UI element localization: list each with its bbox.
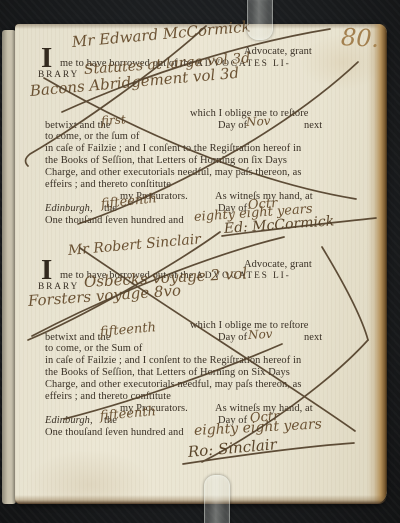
signed-day-handwritten: fifteenth [99,404,156,424]
printed-year-line: One thouſand ſeven hundred and [45,427,184,438]
register-page: 80. I Advocate, grant me to have borrowe… [15,24,387,504]
borrower-name-handwritten: Mr Robert Sinclair [67,231,201,259]
printed-body-line: the Books of Seſſion, that Letters of Ho… [45,155,287,166]
dropcap-initial: I [41,45,52,71]
year-words-handwritten: eighty eight years [194,416,323,439]
printed-grant-suffix: Advocate, grant [244,46,312,57]
return-month-handwritten: Nov [248,327,273,342]
printed-grant-suffix: Advocate, grant [244,259,312,270]
signature-handwritten: Ro: Sinclair [187,435,277,461]
printed-body-line: in caſe of Failzie ; and I conſent to th… [45,355,301,366]
printed-body-line: effeirs ; and thereto conſtitute [45,391,171,402]
printed-sum-line: to come, or the Sum of [45,343,142,354]
photographed-library-register-page: { "page_number": "80.", "colors": { "pap… [0,0,400,523]
printed-body-line: Charge, and other executorials needful, … [45,167,302,178]
dropcap-initial: I [41,257,52,283]
borrower-name-handwritten: Mr Edward McCormick [71,17,251,51]
deckle-edge [367,24,387,504]
printed-body-line: in caſe of Failzie ; and I conſent to th… [45,143,301,154]
printed-body-line: the Books of Seſſion, that Letters of Ho… [45,367,290,378]
return-month-handwritten: Nov [246,114,271,129]
adjacent-page-edge [2,30,16,504]
printed-year-line: One thouſand ſeven hundred and [45,215,184,226]
return-day-handwritten: first [101,112,127,128]
printed-sum-line: to come, or the ſum of [45,131,140,142]
binding-strap-top [247,0,273,40]
printed-body-line: Charge, and other executorials needful, … [45,379,302,390]
printed-body-line: effeirs ; and thereto conſtitute [45,179,171,190]
page-bottom-edge [15,495,387,504]
binding-strap-bottom [204,475,230,523]
return-day-handwritten: fifteenth [99,320,156,340]
signed-day-handwritten: fifteenth [100,191,157,212]
